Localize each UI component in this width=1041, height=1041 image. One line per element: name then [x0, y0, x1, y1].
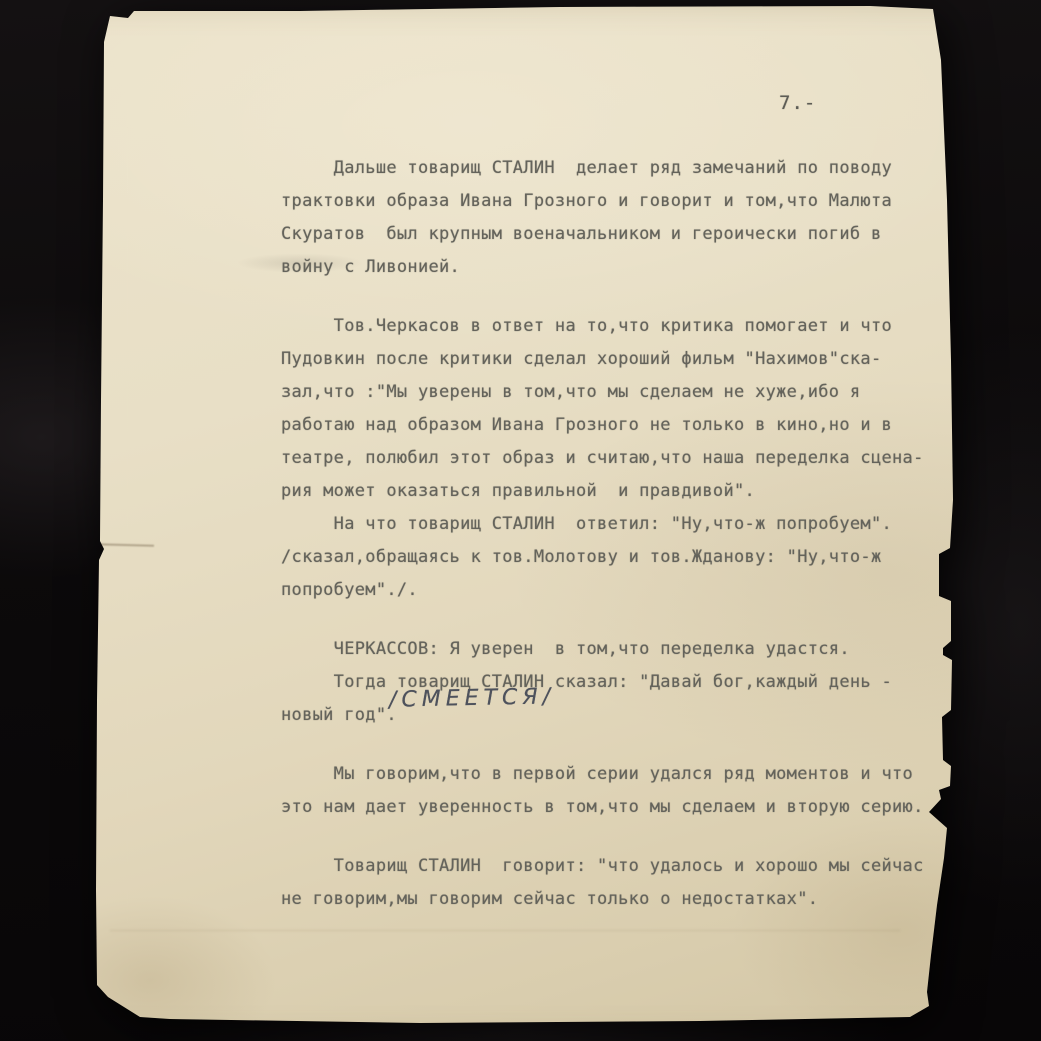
- paragraph: На что товарищ СТАЛИН ответил: "Ну,что-ж…: [281, 508, 961, 607]
- typed-line: рия может оказаться правильной и правдив…: [281, 475, 961, 508]
- typed-line: Тогда товарищ СТАЛИН сказал: "Давай бог,…: [281, 666, 961, 699]
- typed-line: зал,что :"Мы уверены в том,что мы сделае…: [281, 376, 961, 409]
- typed-line: Скуратов был крупным военачальником и ге…: [281, 218, 961, 251]
- typed-line: это нам дает уверенность в том,что мы сд…: [281, 791, 961, 824]
- paragraph: Дальше товарищ СТАЛИН делает ряд замечан…: [281, 152, 961, 284]
- typed-line: не говорим,мы говорим сейчас только о не…: [281, 883, 961, 916]
- photo-background: 7.- Дальше товарищ СТАЛИН делает ряд зам…: [0, 0, 1041, 1041]
- handwritten-annotation: /СМЕЕТСЯ/: [389, 684, 556, 712]
- typed-line: Товарищ СТАЛИН говорит: "что удалось и х…: [281, 850, 961, 883]
- typed-line: войну с Ливонией.: [281, 251, 961, 284]
- typed-line: Дальше товарищ СТАЛИН делает ряд замечан…: [281, 152, 961, 185]
- typed-line: работаю над образом Ивана Грозного не то…: [281, 409, 961, 442]
- typed-line: новый год".: [281, 699, 961, 732]
- typed-line: Тов.Черкасов в ответ на то,что критика п…: [281, 310, 961, 343]
- typed-line: попробуем"./.: [281, 574, 961, 607]
- paragraph: Товарищ СТАЛИН говорит: "что удалось и х…: [281, 850, 961, 916]
- paragraph: Мы говорим,что в первой серии удался ряд…: [281, 758, 961, 824]
- paragraph: Тов.Черкасов в ответ на то,что критика п…: [281, 310, 961, 508]
- typed-line: Пудовкин после критики сделал хороший фи…: [281, 343, 961, 376]
- page-number: 7.-: [779, 92, 816, 114]
- typed-line: Мы говорим,что в первой серии удался ряд…: [281, 758, 961, 791]
- tear-crease: [96, 543, 154, 547]
- paragraph: ЧЕРКАССОВ: Я уверен в том,что переделка …: [281, 633, 961, 732]
- typed-line: ЧЕРКАССОВ: Я уверен в том,что переделка …: [281, 633, 961, 666]
- typed-text: Дальше товарищ СТАЛИН делает ряд замечан…: [281, 152, 961, 942]
- document-page: 7.- Дальше товарищ СТАЛИН делает ряд зам…: [0, 0, 1041, 1041]
- typed-line: театре, полюбил этот образ и считаю,что …: [281, 442, 961, 475]
- typed-line: трактовки образа Ивана Грозного и говори…: [281, 185, 961, 218]
- paper-shadow: 7.- Дальше товарищ СТАЛИН делает ряд зам…: [0, 0, 1041, 1041]
- typed-line: /сказал,обращаясь к тов.Молотову и тов.Ж…: [281, 541, 961, 574]
- typed-line: На что товарищ СТАЛИН ответил: "Ну,что-ж…: [281, 508, 961, 541]
